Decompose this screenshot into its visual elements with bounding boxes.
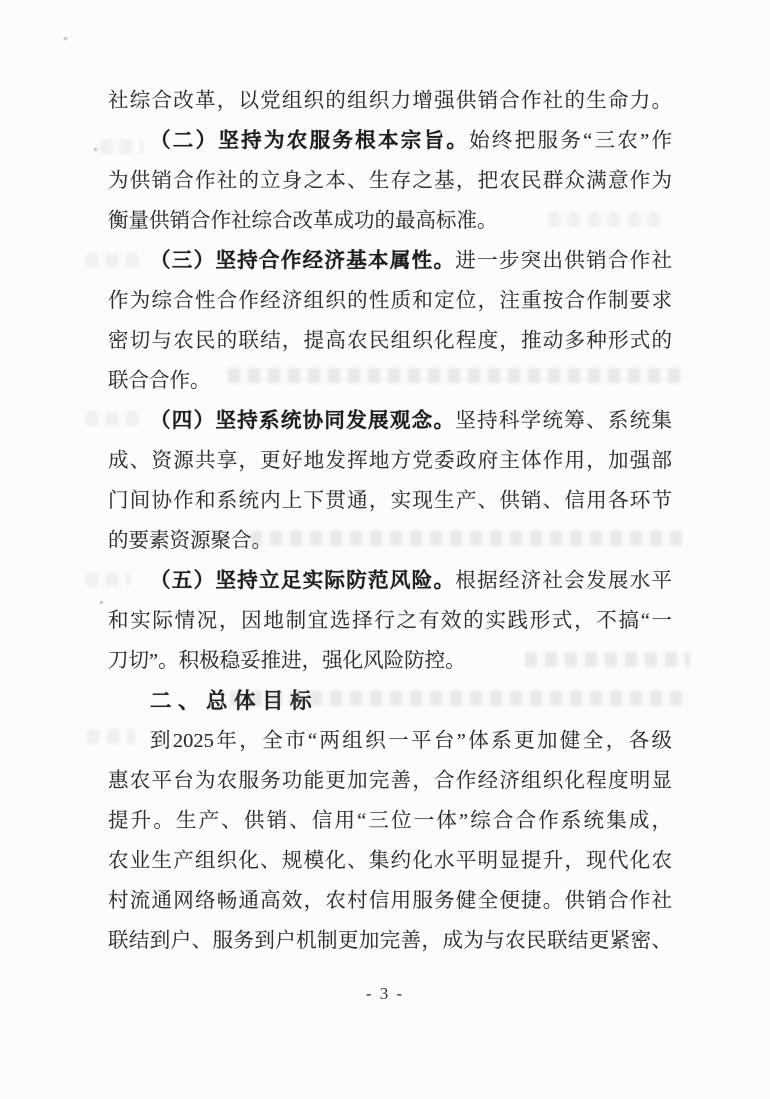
- body-text: 始终把服务“三农”作: [469, 130, 672, 152]
- text-line: （五）坚持立足实际防范风险。根据经济社会发展水平: [108, 561, 672, 601]
- body-text: 坚持科学统筹、系统集: [455, 410, 672, 432]
- text-line: 提升。生产、供销、信用“三位一体”综合合作系统集成，: [108, 801, 672, 841]
- scan-artifact-ghost-text: [86, 572, 130, 587]
- body-text: 社综合改革，以党组织的组织力增强供销合作社的生命力。: [108, 90, 672, 112]
- text-line: 联结到户、服务到户机制更加完善，成为与农民联结更紧密、: [108, 921, 672, 961]
- scan-speck: [64, 37, 67, 40]
- scan-artifact-ghost-text: [86, 253, 144, 268]
- body-text: 根据经济社会发展水平: [455, 570, 672, 592]
- scan-artifact-ghost-text: [228, 368, 686, 383]
- clause-heading: （五）坚持立足实际防范风险。: [150, 570, 455, 592]
- body-text: 成、资源共享，更好地发挥地方党委政府主体作用，加强部: [108, 450, 672, 472]
- text-line: 到2025年，全市“两组织一平台”体系更加健全，各级: [108, 721, 672, 761]
- text-line: 村流通网络畅通高效，农村信用服务健全便捷。供销合作社: [108, 881, 672, 921]
- body-text: 密切与农民的联结，提高农民组织化程度，推动多种形式的: [108, 330, 672, 352]
- body-text: 到2025年，全市“两组织一平台”体系更加健全，各级: [150, 730, 672, 752]
- scan-artifact-ghost-text: [86, 411, 138, 426]
- text-line: 惠农平台为农服务功能更加完善，合作经济组织化程度明显: [108, 761, 672, 801]
- body-text: 刀切”。积极稳妥推进，强化风险防控。: [108, 650, 466, 672]
- text-line: 成、资源共享，更好地发挥地方党委政府主体作用，加强部: [108, 441, 672, 481]
- body-text: 提升。生产、供销、信用“三位一体”综合合作系统集成，: [108, 810, 672, 832]
- scan-artifact-ghost-text: [230, 691, 690, 706]
- scan-speck: [100, 601, 103, 604]
- body-text: 农业生产组织化、规模化、集约化水平明显提升，现代化农: [108, 850, 672, 872]
- body-text: 村流通网络畅通高效，农村信用服务健全便捷。供销合作社: [108, 890, 672, 912]
- text-line: （三）坚持合作经济基本属性。进一步突出供销合作社: [108, 241, 672, 281]
- body-text: 惠农平台为农服务功能更加完善，合作经济组织化程度明显: [108, 770, 672, 792]
- body-text: 的要素资源聚合。: [108, 530, 272, 552]
- clause-heading: （三）坚持合作经济基本属性。: [150, 250, 455, 272]
- text-line: 为供销合作社的立身之本、生存之基，把农民群众满意作为: [108, 161, 672, 201]
- scan-artifact-ghost-text: [100, 139, 144, 154]
- text-line: 门间协作和系统内上下贯通，实现生产、供销、信用各环节: [108, 481, 672, 521]
- clause-heading: （四）坚持系统协同发展观念。: [150, 410, 455, 432]
- body-text: 门间协作和系统内上下贯通，实现生产、供销、信用各环节: [108, 490, 672, 512]
- page-number: - 3 -: [0, 984, 770, 1004]
- body-text: 为供销合作社的立身之本、生存之基，把农民群众满意作为: [108, 170, 672, 192]
- body-text: 进一步突出供销合作社: [455, 250, 672, 272]
- text-line: 社综合改革，以党组织的组织力增强供销合作社的生命力。: [108, 81, 672, 121]
- body-text: 衡量供销合作社综合改革成功的最高标准。: [108, 210, 498, 232]
- scan-speck: [94, 148, 97, 151]
- document-page: 社综合改革，以党组织的组织力增强供销合作社的生命力。（二）坚持为农服务根本宗旨。…: [0, 0, 770, 1099]
- body-text: 联合合作。: [108, 370, 211, 392]
- scan-artifact-ghost-text: [548, 212, 666, 227]
- body-text: 和实际情况，因地制宜选择行之有效的实践形式，不搞“一: [108, 610, 672, 632]
- body-text: 联结到户、服务到户机制更加完善，成为与农民联结更紧密、: [108, 930, 672, 952]
- scan-artifact-ghost-text: [250, 531, 682, 546]
- text-line: 农业生产组织化、规模化、集约化水平明显提升，现代化农: [108, 841, 672, 881]
- body-text: 作为综合性合作经济组织的性质和定位，注重按合作制要求: [108, 290, 672, 312]
- clause-heading: （二）坚持为农服务根本宗旨。: [150, 130, 469, 152]
- scan-artifact-ghost-text: [87, 729, 135, 744]
- text-line: 作为综合性合作经济组织的性质和定位，注重按合作制要求: [108, 281, 672, 321]
- text-line: 密切与农民的联结，提高农民组织化程度，推动多种形式的: [108, 321, 672, 361]
- scan-artifact-ghost-text: [525, 652, 690, 667]
- text-line: （二）坚持为农服务根本宗旨。始终把服务“三农”作: [108, 121, 672, 161]
- text-line: 和实际情况，因地制宜选择行之有效的实践形式，不搞“一: [108, 601, 672, 641]
- text-line: （四）坚持系统协同发展观念。坚持科学统筹、系统集: [108, 401, 672, 441]
